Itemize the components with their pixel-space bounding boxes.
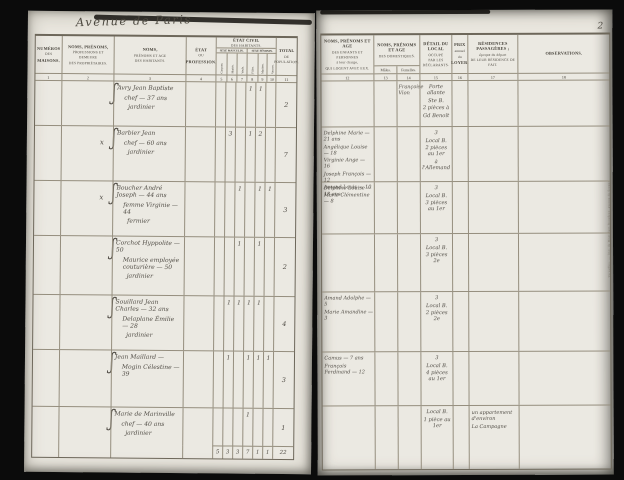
tally-mark: [265, 128, 275, 182]
header-line: DÉTAIL DU LOCAL: [421, 41, 450, 52]
handwritten-line: Gd Benoît: [422, 113, 451, 119]
cell-proprietor: ʃ: [61, 81, 113, 125]
handwritten-line: Avry Jean Baptiste: [117, 85, 183, 93]
column-number: 13: [374, 74, 397, 80]
cell-observations: [519, 405, 611, 468]
cell-female-servants: [397, 182, 420, 233]
folio-number: 2: [597, 22, 603, 32]
header-line: DES: [45, 52, 52, 57]
header-civil-status: ÉTAT CIVIL DES HABITANTS. SEXE MASCULIN.…: [215, 37, 275, 82]
tally-mark: [244, 238, 255, 296]
left-table: NUMÉROS DES MAISONS. 1 NOMS, PRÉNOMS, PR…: [31, 34, 298, 460]
cell-male-servants: [374, 292, 397, 351]
cell-inhabitants: Souillard Jean Charles — 32 ans Delaplan…: [111, 295, 183, 350]
cell-proprietor: x ʃ: [61, 126, 113, 180]
cell-row-total: 3: [274, 183, 295, 237]
cell-inhabitants: Barbier Jean chef — 60 ans jardinier: [113, 127, 185, 182]
header-line: PRIX: [454, 42, 465, 48]
servants-title: NOMS, PRÉNOMS ET AGE DES DOMESTIQUES.: [374, 35, 419, 65]
cell-inhabitants: Jean Maillard — Mogin Célestine — 39: [111, 350, 183, 407]
handwritten-line: 4 pièces au 1er: [422, 370, 451, 382]
header-children: NOMS, PRÉNOMS ET AGE DES ENFANTS ET PERS…: [321, 35, 373, 80]
cell-house-number: [33, 295, 59, 349]
group-columns: Filles. 8 Mariées. 9 Veuves. 10: [247, 54, 276, 82]
header-line: NOMS,: [143, 47, 158, 53]
cell-profession: [182, 408, 212, 445]
tally-mark: 1: [242, 409, 252, 446]
column-number: 15: [420, 73, 451, 80]
handwritten-line: Mogin Célestine — 39: [115, 363, 181, 378]
header-labels: TOTAL DE POPULATION.: [276, 38, 296, 75]
cell-profession: [183, 351, 213, 407]
header-line: TOTAL: [279, 48, 295, 54]
cell-house-number: [35, 126, 61, 180]
cell-inhabitants: Boucher André Joseph — 44 ans femme Virg…: [112, 182, 184, 237]
tally-mark: [224, 182, 234, 236]
tally-mark: 1: [223, 351, 233, 407]
tally-mark: [213, 296, 223, 350]
header-line: NOMS, PRÉNOMS,: [68, 44, 108, 50]
header-line: DES ENFANTS ET PERSONNES: [322, 50, 372, 59]
column-number: 3: [114, 74, 185, 82]
cell-children: Amand Adolphe — 5 Marie Amandine — 3: [322, 292, 374, 351]
handwritten-line: Local B.: [422, 363, 451, 369]
cell-female-servants: [397, 292, 420, 351]
left-page: Avenue de Paris NUMÉROS DES MAISONS. 1 N…: [24, 11, 315, 474]
handwritten-line: à l'Allemand: [422, 159, 451, 171]
column-number: 17: [468, 73, 517, 80]
civil-status-groups: SEXE MASCULIN. Garçons. 5 Mariés. 6: [216, 48, 275, 82]
header-line: MAISONS.: [37, 58, 60, 64]
handwritten-line: jardinier: [117, 104, 183, 112]
table-row: ʃ Corchot Hyppolite — 50 Maurice employé…: [34, 235, 296, 296]
header-labels: NOMS, PRÉNOMS ET AGE DES ENFANTS ET PERS…: [321, 35, 373, 73]
handwritten-line: 3: [422, 130, 451, 136]
tally-mark: [214, 237, 225, 295]
table-row: ʃ Jean Maillard — Mogin Célestine — 39 1…: [33, 349, 294, 408]
tally-mark: 1: [253, 297, 263, 351]
column-total: 3: [222, 445, 232, 458]
subcolumn: Mariés. 6: [226, 53, 236, 81]
tally-mark: 1: [245, 128, 255, 182]
subcolumn: Mariées. 9: [257, 54, 267, 82]
cell-row-total: 3: [273, 352, 294, 408]
cell-row-total: 2: [274, 238, 296, 296]
cell-temporary-residence: [468, 127, 518, 181]
cell-female-servants: [398, 406, 421, 469]
tally-mark: 3: [225, 127, 235, 181]
column-total: 1: [252, 446, 262, 459]
handwritten-line: Françoise Vion: [398, 84, 419, 96]
header-line: à leur charge,: [337, 60, 359, 65]
cell-observations: [518, 291, 610, 350]
cell-house-number: [33, 350, 59, 406]
margin-mark: x: [100, 138, 104, 146]
cell-temporary-residence: [468, 292, 518, 351]
header-line: OCCUPÉ: [428, 53, 443, 58]
subcolumn: Garçons. 5: [216, 53, 226, 81]
handwritten-line: Local B.: [422, 245, 451, 251]
tally-mark: 2: [255, 128, 265, 182]
handwritten-line: Souillard Jean Charles — 32 ans: [115, 299, 181, 314]
cell-male-servants: [373, 81, 396, 126]
subcolumn-label: Mariés.: [230, 54, 234, 75]
group-female: SEXE FÉMININ. Filles. 8 Mariées. 9: [246, 49, 276, 82]
handwritten-line: Boucher André Joseph — 44 ans: [116, 185, 182, 200]
tally-mark: [265, 83, 275, 127]
handwritten-line: Delphine Marie — 21 ans: [324, 130, 373, 142]
handwritten-line: 3: [422, 185, 451, 191]
tally-mark: [212, 408, 222, 445]
column-number: 6: [227, 74, 236, 81]
cell-temporary-residence: [467, 81, 517, 126]
civil-status-title: ÉTAT CIVIL DES HABITANTS.: [217, 37, 276, 49]
subcolumn-label: Garçons.: [219, 53, 223, 74]
handwritten-line: Angélique Louise — 18: [324, 144, 373, 156]
cell-dwelling-detail: Local B. 1 pièce au 1er: [421, 406, 453, 469]
tally-mark: 1: [233, 297, 243, 351]
cell-temporary-residence: [468, 182, 518, 233]
cell-proprietor: ʃ: [59, 295, 111, 349]
cell-observations: [518, 181, 610, 232]
handwritten-line: Camus — 7 ans: [324, 355, 373, 361]
cell-rent-price: [452, 182, 468, 233]
cell-observations: [518, 351, 610, 404]
cell-children: [322, 234, 374, 291]
handwritten-line: chef — 40 ans: [114, 420, 180, 428]
handwritten-line: Porte allante: [421, 84, 450, 96]
header-rent-price: PRIX annuel du LOYER. 16: [451, 35, 467, 80]
header-line: DES DOMESTIQUES.: [379, 54, 415, 59]
handwritten-line: Local B.: [422, 193, 451, 199]
header-profession: ÉTAT OU PROFESSION. 4: [185, 37, 215, 81]
column-number: 12: [321, 73, 373, 80]
cell-observations: [517, 80, 609, 125]
column-total: 1: [262, 446, 272, 459]
header-line: ÉTAT: [195, 47, 207, 53]
handwritten-line: Joseph François — 12: [324, 171, 373, 183]
column-number: 18: [518, 72, 609, 79]
header-line: PROFESSIONS ET DEMEURE: [64, 51, 113, 61]
handwritten-line: chef — 60 ans: [117, 139, 183, 147]
tally-mark: 1: [263, 352, 273, 408]
handwritten-line: jardinier: [117, 149, 183, 157]
tally-mark: [222, 408, 232, 445]
handwritten-line: Marie Amandine — 3: [324, 309, 373, 321]
header-line: DES HABITANTS.: [135, 59, 166, 64]
cell-proprietor: ʃ: [59, 350, 111, 406]
header-line: DE: [284, 55, 289, 60]
header-labels: NUMÉROS DES MAISONS.: [35, 36, 61, 73]
handwritten-line: Virginie Ange — 16: [324, 157, 373, 169]
tally-mark: 1: [264, 183, 274, 237]
cell-male-servants: [374, 352, 397, 405]
header-line: PAR LES DÉCLARANTS.: [421, 58, 450, 67]
cell-children: Delphine Marie — 21 ans Angélique Louise…: [322, 127, 374, 181]
cell-children: Delphine Louise — 18 ans: [322, 182, 374, 233]
subcolumn: Veufs. 7: [236, 54, 246, 82]
cell-row-total: 7: [275, 128, 296, 182]
tally-mark: 1: [234, 238, 245, 296]
cell-rent-price: [452, 352, 468, 405]
subcolumn: Filles. 8: [247, 54, 257, 82]
handwritten-line: Delphine Louise — 18 ans: [324, 185, 373, 197]
cell-temporary-residence: un appartement d'environ La Campagne: [469, 406, 519, 469]
tally-mark: [233, 352, 243, 408]
cell-inhabitants: Corchot Hyppolite — 50 Maurice employée …: [112, 236, 185, 295]
column-number: 4: [186, 74, 215, 81]
column-number: 7: [237, 75, 246, 82]
cell-dwelling-detail: 3 Local B. 3 pièces 2e: [420, 234, 452, 291]
tally-mark: [225, 82, 235, 126]
header-line: LOYER.: [451, 60, 469, 66]
handwritten-line: Local B.: [422, 138, 451, 144]
cell-female-servants: Françoise Vion: [396, 81, 419, 126]
header-line: POPULATION.: [274, 60, 299, 65]
cell-rent-price: [453, 406, 469, 469]
header-line: RÉSIDENCES PASSAGÈRES ;: [469, 40, 516, 51]
header-inhabitants: NOMS, PRÉNOMS ET AGE DES HABITANTS. 3: [113, 37, 185, 82]
tally-mark: [215, 82, 225, 126]
tally-mark: [213, 351, 223, 407]
cell-rent-price: [452, 292, 468, 351]
subcolumn-label: Filles.: [250, 54, 254, 75]
cell-empty: [32, 444, 58, 457]
header-line: PROFESSION.: [186, 59, 217, 65]
cell-row-total: 1: [272, 409, 293, 446]
tally-mark: 1: [243, 297, 253, 351]
header-labels: NOMS, PRÉNOMS ET AGE DES HABITANTS.: [114, 37, 185, 75]
cell-children: [323, 406, 375, 469]
tally-mark: [232, 409, 242, 446]
column-number: 1: [35, 73, 61, 80]
scan-shadow-streak: [320, 10, 490, 15]
handwritten-line: Corchot Hyppolite — 50: [116, 240, 182, 255]
header-line: époque du départ: [479, 53, 506, 58]
cell-house-number: [35, 81, 61, 125]
column-number: 16: [452, 73, 467, 80]
tally-mark: 1: [234, 183, 244, 237]
handwritten-line: jardinier: [114, 430, 180, 438]
table-row: ʃ Marie de Marinville chef — 40 ans jard…: [32, 406, 293, 446]
cell-female-servants: [397, 234, 420, 291]
handwritten-line: 3: [422, 237, 451, 243]
header-servants: NOMS, PRÉNOMS ET AGE DES DOMESTIQUES. Mâ…: [373, 35, 419, 80]
table-row: x ʃ Boucher André Joseph — 44 ans femme …: [34, 180, 295, 237]
cell-inhabitants: Marie de Marinville chef — 40 ans jardin…: [110, 407, 182, 445]
cell-children: Camus — 7 ans François Ferdinand — 12: [322, 352, 374, 405]
handwritten-line: 2 pièces au 1er: [422, 145, 451, 157]
cell-profession: [185, 82, 215, 126]
margin-mark: x: [99, 193, 103, 201]
tally-mark: [224, 237, 235, 295]
tally-mark: 1: [254, 183, 264, 237]
handwritten-line: jardinier: [115, 332, 181, 340]
cell-male-servants: [374, 127, 397, 181]
tally-mark: [235, 128, 245, 182]
handwritten-line: Ste B.: [421, 98, 450, 104]
handwritten-line: 3 pièces au 1er: [422, 200, 451, 212]
header-proprietors: NOMS, PRÉNOMS, PROFESSIONS ET DEMEURE DE…: [61, 36, 113, 80]
header-line: DE LEUR RÉSIDENCE DE FAIT.: [469, 58, 516, 67]
right-table: NOMS, PRÉNOMS ET AGE DES ENFANTS ET PERS…: [320, 32, 612, 470]
servants-numbers: 13 14: [374, 73, 419, 80]
table-row: Amand Adolphe — 5 Marie Amandine — 3 3 L…: [322, 290, 610, 351]
cell-observations: [518, 126, 610, 180]
header-total: TOTAL DE POPULATION. 11: [275, 38, 296, 82]
header-labels: OBSERVATIONS.: [518, 34, 609, 72]
tally-mark: [215, 127, 225, 181]
tally-mark: 1: [254, 238, 265, 296]
cell-empty: [182, 445, 212, 458]
cell-female-servants: [397, 352, 420, 405]
tally-mark: [244, 183, 254, 237]
header-line: NOMS, PRÉNOMS ET AGE: [322, 38, 372, 49]
header-observations: OBSERVATIONS. 18: [517, 34, 609, 79]
handwritten-line: jardinier: [116, 273, 182, 281]
tally-mark: 1: [255, 83, 265, 127]
tally-mark: [235, 83, 245, 127]
handwritten-line: Barbier Jean: [117, 130, 183, 138]
subcolumn-label: Mariées.: [260, 54, 264, 75]
cell-profession: [183, 296, 213, 350]
servants-subcolumns: Mâles. Femelles.: [374, 65, 419, 73]
cell-empty: [110, 444, 182, 458]
right-page: 2 Versailles. — Imp. de Montalant-Bougle…: [316, 9, 614, 475]
header-labels: ÉTAT OU PROFESSION.: [186, 37, 215, 74]
cell-dwelling-detail: Porte allante Ste B. 2 pièces à Gd Benoî…: [419, 81, 451, 126]
table-row: ʃ Souillard Jean Charles — 32 ans Delapl…: [33, 294, 294, 351]
cell-rent-price: [451, 81, 467, 126]
header-line: OU: [198, 53, 204, 58]
group-male: SEXE MASCULIN. Garçons. 5 Mariés. 6: [216, 48, 246, 81]
handwritten-line: 1 pièce au 1er: [423, 417, 452, 429]
tally-mark: [263, 297, 273, 351]
left-header-row: NUMÉROS DES MAISONS. 1 NOMS, PRÉNOMS, PR…: [35, 36, 296, 82]
cell-profession: [184, 182, 214, 236]
handwritten-line: 2 pièces à: [422, 105, 451, 111]
table-row: ʃ Avry Jean Baptiste chef — 37 ans jardi…: [35, 80, 296, 127]
table-row: Camus — 7 ans François Ferdinand — 12 3 …: [322, 350, 610, 405]
tally-mark: [214, 182, 224, 236]
cell-profession: [185, 127, 215, 181]
cell-proprietor: ʃ: [60, 236, 113, 294]
column-number: 11: [276, 75, 296, 82]
tally-mark: 1: [243, 352, 253, 408]
tally-mark: 1: [245, 83, 255, 127]
cell-row-total: 2: [275, 83, 296, 127]
group-columns: Garçons. 5 Mariés. 6 Veufs. 7: [216, 53, 246, 81]
right-header-row: NOMS, PRÉNOMS ET AGE DES ENFANTS ET PERS…: [321, 34, 609, 80]
header-line: du: [458, 55, 462, 60]
header-line: OBSERVATIONS.: [545, 51, 582, 57]
cell-house-number: [32, 407, 58, 444]
handwritten-line: 2 pièces 2e: [422, 310, 451, 322]
column-number: 14: [397, 74, 420, 80]
tally-mark: [264, 238, 275, 296]
column-number: 8: [247, 75, 257, 82]
table-row: x ʃ Barbier Jean chef — 60 ans jardinier…: [35, 125, 296, 182]
header-line: QUI LOGENT AVEC EUX.: [326, 66, 370, 71]
cell-dwelling-detail: 3 Local B. 4 pièces au 1er: [420, 352, 452, 405]
cell-rent-price: [452, 127, 468, 181]
cell-children: [321, 81, 373, 126]
column-number: 5: [216, 74, 226, 81]
tally-mark: 1: [223, 296, 233, 350]
cell-house-number: [34, 236, 61, 294]
handwritten-line: 3 pièces 2e: [422, 252, 451, 264]
header-line: NOMS, PRÉNOMS ET AGE: [375, 42, 418, 53]
cell-profession: [184, 237, 215, 295]
header-line: DES PROPRIÉTAIRES.: [69, 61, 107, 66]
table-row: Local B. 1 pièce au 1er un appartement d…: [323, 404, 611, 469]
cell-rent-price: [452, 234, 468, 291]
column-total: 7: [242, 446, 252, 459]
table-row: 3 Local B. 3 pièces 2e: [322, 232, 610, 291]
column-totals-row: 5 3 3 7 1 1 22: [32, 444, 293, 459]
cell-dwelling-detail: 3 Local B. 2 pièces 2e: [420, 292, 452, 351]
tally-mark: [252, 409, 262, 446]
handwritten-line: 3: [422, 295, 451, 301]
cell-temporary-residence: [468, 234, 518, 291]
handwritten-line: Local B.: [423, 409, 452, 415]
cell-temporary-residence: [468, 352, 518, 405]
handwritten-line: Amand Adolphe — 5: [324, 295, 373, 307]
header-labels: PRIX annuel du LOYER.: [452, 35, 467, 73]
column-number: 9: [258, 75, 267, 82]
header-line: annuel: [455, 49, 466, 54]
grand-total: 22: [272, 446, 293, 459]
cell-house-number: [34, 181, 60, 235]
cell-empty: [58, 444, 110, 457]
page-title: Avenue de Paris: [76, 12, 192, 29]
header-line: PRÉNOMS ET AGE: [134, 53, 166, 58]
cell-female-servants: [397, 127, 420, 181]
cell-dwelling-detail: 3 Local B. 3 pièces au 1er: [420, 182, 452, 233]
cell-inhabitants: Avry Jean Baptiste chef — 37 ans jardini…: [113, 82, 185, 127]
header-labels: NOMS, PRÉNOMS, PROFESSIONS ET DEMEURE DE…: [62, 36, 113, 73]
column-total: 3: [232, 446, 242, 459]
handwritten-line: Jean Maillard —: [115, 354, 181, 362]
handwritten-line: chef — 37 ans: [117, 94, 183, 102]
tally-mark: 1: [253, 352, 263, 408]
tally-mark: [262, 409, 272, 446]
cell-row-total: 4: [273, 297, 294, 351]
handwritten-line: 3: [422, 355, 451, 361]
header-labels: DÉTAIL DU LOCAL OCCUPÉ PAR LES DÉCLARANT…: [420, 35, 451, 73]
subcolumn-label: Veufs.: [240, 54, 244, 75]
table-row: Delphine Louise — 18 ans 3 Local B. 3 pi…: [322, 180, 610, 233]
handwritten-line: Marie de Marinville: [114, 411, 180, 419]
cell-proprietor: x ʃ: [60, 181, 112, 235]
cell-male-servants: [374, 234, 397, 291]
header-house-numbers: NUMÉROS DES MAISONS. 1: [35, 36, 61, 80]
cell-dwelling-detail: 3 Local B. 2 pièces au 1er à l'Allemand: [420, 127, 452, 181]
handwritten-line: Local B.: [422, 303, 451, 309]
header-line: DES HABITANTS.: [231, 43, 262, 48]
header-line: NUMÉROS: [37, 45, 60, 51]
handwritten-line: La Campagne: [472, 424, 517, 430]
column-number: 2: [62, 73, 113, 80]
column-total: 5: [212, 445, 222, 458]
cell-male-servants: [374, 182, 397, 233]
handwritten-line: François Ferdinand — 12: [324, 363, 373, 375]
handwritten-line: femme Virginie — 44: [116, 201, 182, 216]
handwritten-line: Maurice employée couturière — 50: [116, 256, 182, 271]
handwritten-line: fermier: [116, 218, 182, 226]
table-row: Françoise Vion Porte allante Ste B. 2 pi…: [321, 79, 609, 126]
cell-proprietor: ʃ: [58, 407, 110, 444]
